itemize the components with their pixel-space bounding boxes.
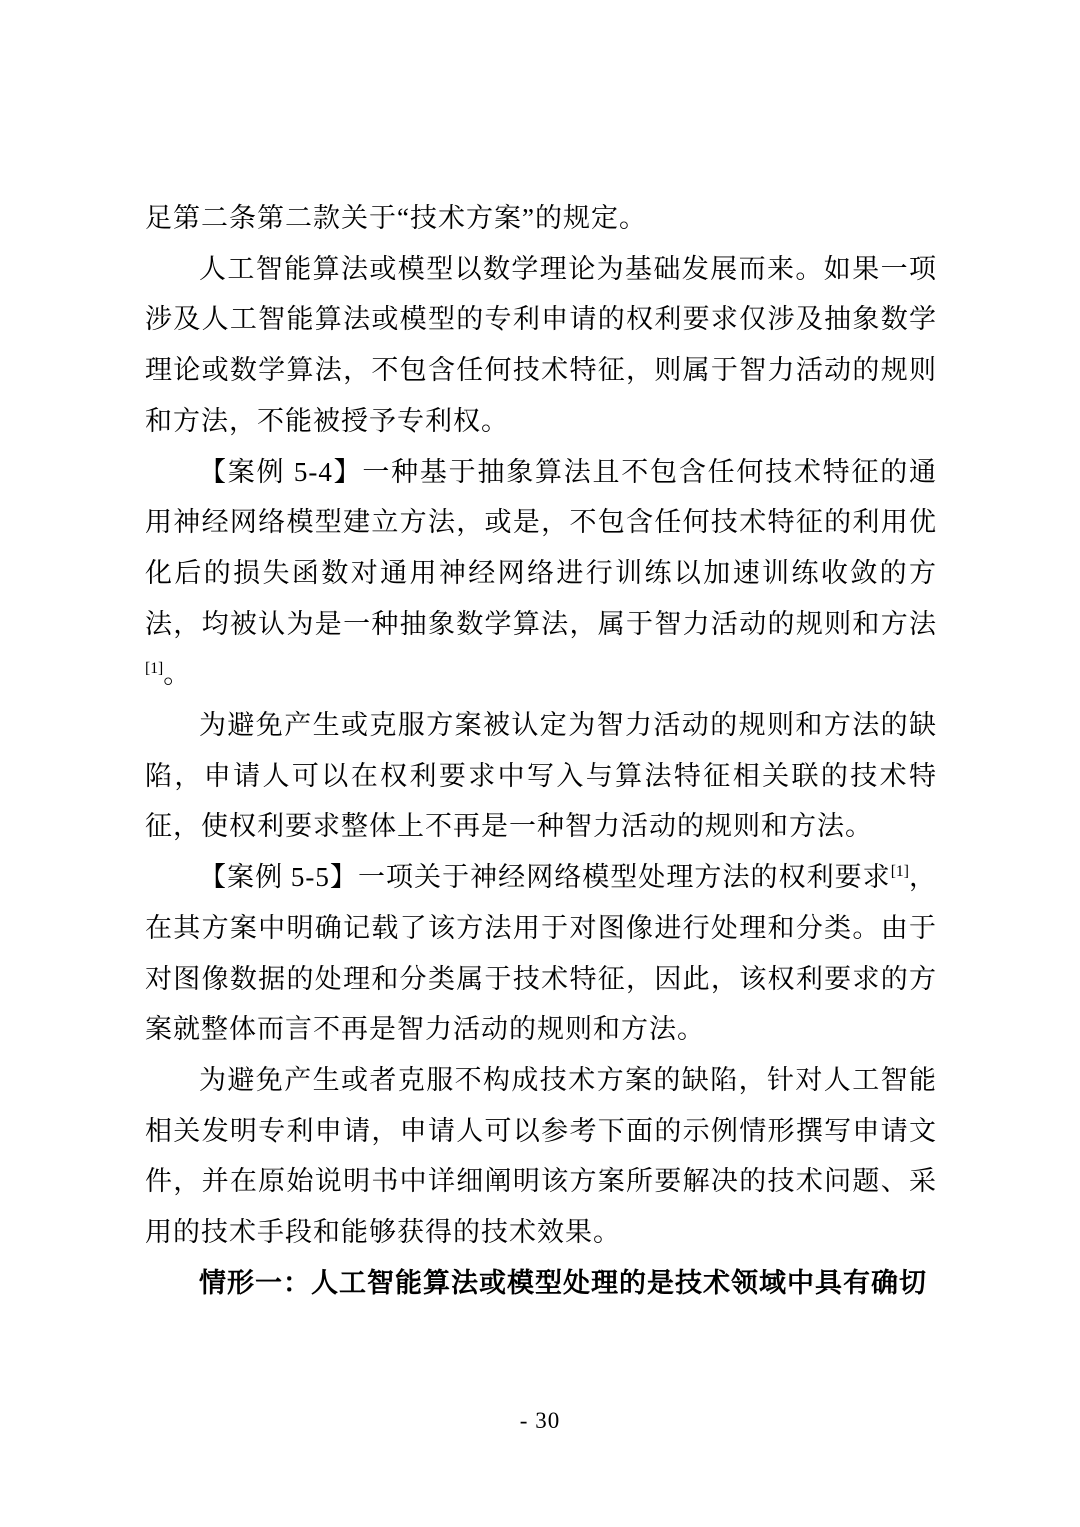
page-footer: - 30 <box>0 1406 1080 1436</box>
text-run: 为避免产生或克服方案被认定为智力活动的规则和方法的缺陷，申请人可以在权利要求中写… <box>145 710 937 841</box>
text-run: 【案例 5-5】一项关于神经网络模型处理方法的权利要求 <box>199 862 891 892</box>
footnote-ref: [1] <box>145 660 163 677</box>
page-number: - 30 <box>520 1408 560 1433</box>
text-run: 。 <box>163 659 191 689</box>
paragraph: 足第二条第二款关于“技术方案”的规定。 <box>145 193 937 244</box>
text-run: 足第二条第二款关于“技术方案”的规定。 <box>145 203 647 233</box>
paragraph: 【案例 5-5】一项关于神经网络模型处理方法的权利要求[1]，在其方案中明确记载… <box>145 852 937 1055</box>
section-heading: 情形一：人工智能算法或模型处理的是技术领域中具有确切 <box>145 1258 937 1309</box>
document-body: 足第二条第二款关于“技术方案”的规定。人工智能算法或模型以数学理论为基础发展而来… <box>145 193 937 1308</box>
document-page: 足第二条第二款关于“技术方案”的规定。人工智能算法或模型以数学理论为基础发展而来… <box>0 0 1080 1527</box>
text-run: 人工智能算法或模型以数学理论为基础发展而来。如果一项涉及人工智能算法或模型的专利… <box>145 254 937 436</box>
text-run: 为避免产生或者克服不构成技术方案的缺陷，针对人工智能相关发明专利申请，申请人可以… <box>145 1065 937 1247</box>
text-run: 【案例 5-4】一种基于抽象算法且不包含任何技术特征的通用神经网络模型建立方法，… <box>145 457 937 639</box>
text-run: 情形一：人工智能算法或模型处理的是技术领域中具有确切 <box>199 1268 927 1298</box>
paragraph: 为避免产生或克服方案被认定为智力活动的规则和方法的缺陷，申请人可以在权利要求中写… <box>145 700 937 852</box>
paragraph: 【案例 5-4】一种基于抽象算法且不包含任何技术特征的通用神经网络模型建立方法，… <box>145 447 937 701</box>
paragraph: 人工智能算法或模型以数学理论为基础发展而来。如果一项涉及人工智能算法或模型的专利… <box>145 244 937 447</box>
footnote-ref: [1] <box>891 863 909 880</box>
paragraph: 为避免产生或者克服不构成技术方案的缺陷，针对人工智能相关发明专利申请，申请人可以… <box>145 1055 937 1258</box>
